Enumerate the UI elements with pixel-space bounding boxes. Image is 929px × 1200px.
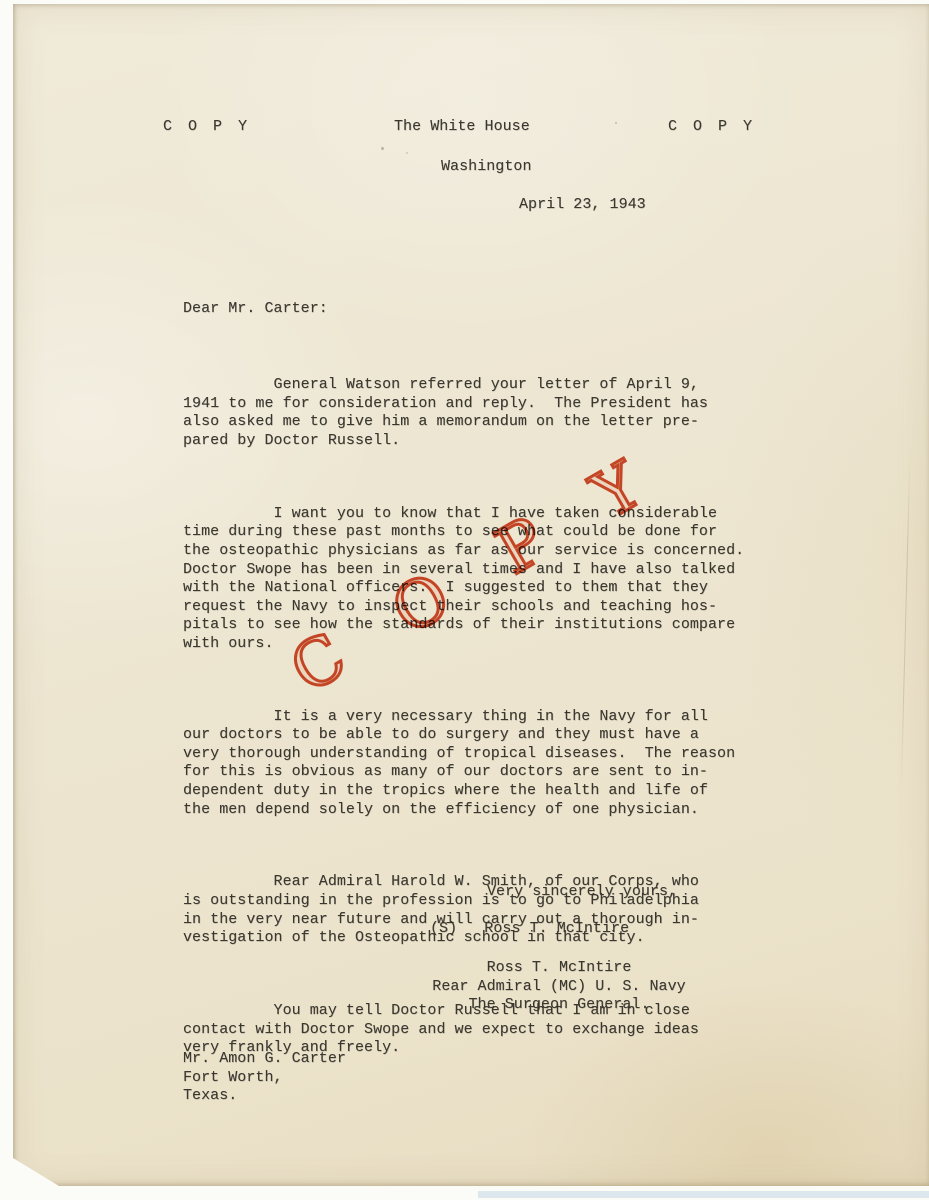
copy-annotation-right: C O P Y <box>668 118 756 137</box>
closing-line: Very sincerely yours, <box>487 883 677 902</box>
ink-speck <box>615 122 617 124</box>
scan-bed-strip <box>478 1191 929 1198</box>
ink-speck <box>381 147 384 150</box>
letterhead-title: The White House <box>394 118 530 137</box>
salutation: Dear Mr. Carter: <box>183 300 328 319</box>
signature-block: Ross T. McIntire Rear Admiral (MC) U. S.… <box>428 959 690 1015</box>
ink-speck <box>406 152 408 154</box>
scanned-letter: C O P Y The White House C O P Y Washingt… <box>0 0 929 1200</box>
letterhead-city: Washington <box>441 158 532 177</box>
recipient-address: Mr. Amon G. Carter Fort Worth, Texas. <box>183 1050 346 1106</box>
letter-date: April 23, 1943 <box>519 196 646 215</box>
signature-typed: (S) Ross T. McIntire <box>430 920 629 939</box>
paper-corner-clip <box>13 1158 59 1186</box>
copy-annotation-left: C O P Y <box>163 118 251 137</box>
